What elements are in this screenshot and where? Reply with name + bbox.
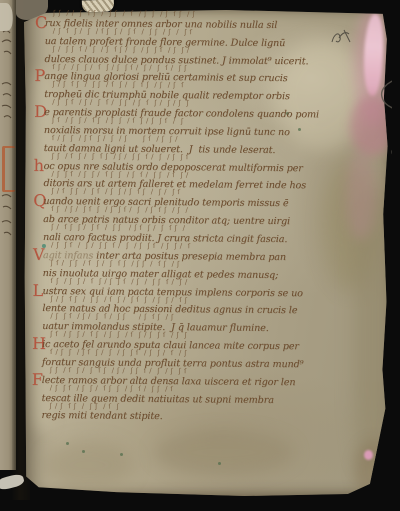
- neume-notation: / ʃ ʃ ſ / ʃ / ʃ ʃ ſ / ʃ / ʃ ʃ ſ / ʃ ʃ / …: [51, 241, 191, 250]
- mold-speck: [120, 453, 123, 456]
- pink-stain-dot: [364, 450, 373, 460]
- stain-edge-band: [354, 190, 394, 470]
- mold-speck: [66, 442, 69, 445]
- rubricated-initial: h: [34, 158, 44, 174]
- stain-dark: [154, 430, 294, 475]
- mold-speck: [218, 462, 221, 465]
- neume-notation: ʃ / ſ ʃ ʃ / ʃ ſ / ʃ ʃ / ʃ ſ ʃ / ʃ / ʃ ſ: [51, 188, 180, 197]
- neume-notation: ʃ ſ / ʃ ʃ / ſ ʃ / ʃ ʃ / ſ ʃ / ʃ ʃ ſ / ʃ …: [50, 330, 187, 339]
- hymn-line: ʃ / ʃ ſ ʃ / ʃ ʃ / ſ ʃ regis miti tendant…: [41, 404, 321, 424]
- neume-notation: ʃ ſ / ʃ ʃ / ſ ʃ / ʃ ʃ / ſ ʃ / ʃ ʃ ſ / ʃ: [52, 116, 184, 125]
- neume-notation: ſ ʃ / ʃ / ʃ ſ ʃ / ʃ ʃ ſ / ʃ / ʃ ſ ʃ / ʃ …: [51, 205, 188, 214]
- mold-speck: [82, 450, 85, 453]
- pink-stain-corner: [376, 468, 393, 492]
- neume-notation: ʃ / ʃ ſ ʃ / ʃ ʃ / ſ ʃ: [50, 402, 120, 411]
- neume-notation: ſ / ʃ ʃ / ʃ ſ ʃ / ʃ / ʃ ʃ ſ / ʃ ʃ / ſ / …: [50, 348, 187, 357]
- neume-notation: ſ ʃ / ʃ ʃ / ſ ʃ / ʃ ʃ ſ / ʃ / ʃ ʃ ſ / ʃ …: [51, 277, 188, 286]
- neume-notation: / ʃ ʃ ſ / ʃ ʃ / ſ ʃ ʃ / ʃ ſ / ʃ ʃ / ſ: [50, 384, 174, 393]
- pen-scribble-icon: [330, 26, 352, 48]
- stain-brown-edge: [354, 440, 394, 500]
- neume-notation: ʃ / ſ ʃ ʃ / ʃ ſ / ʃ ʃ / ʃ ſ ʃ / ʃ ſ ʃ /: [51, 223, 185, 232]
- neume-notation: ſ / ʃ ʃ / ʃ ſ ʃ / ʃ / ʃ ʃ ſ / ʃ ʃ /: [52, 134, 178, 143]
- neume-notation: ʃ ſ / ʃ ʃ / ſ ʃ / ʃ ſ ʃ / ʃ ʃ / ſ ʃ / ʃ: [51, 259, 180, 268]
- neume-notation: / ʃ ʃ ſ / ʃ / ʃ ſ / ʃ ʃ / ʃ ſ ʃ / ʃ / ʃ …: [52, 98, 189, 107]
- neume-notation: / ʃ ʃ ſ / ʃ ʃ / ſ ʃ ʃ / ʃ ſ / ʃ ʃ / ſ ʃ …: [52, 170, 189, 179]
- neume-notation: ʃ ʃ / / ʃ ſ ʃ / ʃ ʃ / ſ / ʃ ʃ / ʃ ſ ʃ / …: [53, 9, 195, 18]
- neume-notation: ʃ / ʃ ſ ʃ / ʃ ʃ / ſ ʃ / ʃ ſ ʃ / ʃ ʃ / ſ …: [50, 295, 187, 304]
- neume-notation: / ʃ ſ ʃ / ʃ / ſ ʃ ʃ / ʃ ſ / ʃ ʃ / ʃ / ʃ …: [53, 27, 193, 36]
- neume-notation: ʃ ʃ / ſ ʃ / ʃ ſ ʃ / ʃ / ʃ ʃ ſ / ʃ / ʃ ʃ …: [52, 152, 189, 161]
- stain-dark: [44, 440, 134, 490]
- neume-notation: ʃ / ʃ ʃ ſ / ʃ / ʃ ſ ʃ / ʃ / ʃ ʃ ſ / ʃ ʃ …: [53, 45, 190, 54]
- neume-notation: ʃ / ʃ ſ ʃ / ʃ ʃ / ſ ʃ / ʃ ſ ʃ / ʃ / ʃ ſ: [52, 80, 184, 89]
- neume-notation: / ʃ ʃ ſ / ʃ / ʃ ſ / ʃ ʃ / ʃ ſ ʃ / ʃ: [50, 312, 173, 321]
- background-edge: [392, 0, 400, 511]
- stain-dark: [324, 160, 379, 290]
- green-pigment-dot: [42, 244, 46, 248]
- hymn-lines: C ʃ ʃ / / ʃ ſ ʃ / ʃ ʃ / ſ / ʃ ʃ / ʃ ſ ʃ …: [41, 11, 325, 424]
- manuscript-photo: C ʃ ʃ / / ʃ ſ ʃ / ʃ ʃ / ſ / ʃ ʃ / ʃ ſ ʃ …: [0, 0, 400, 511]
- neume-notation: ſ ʃ / / ʃ ʃ / ſ ʃ / ʃ ʃ ſ / ʃ / ʃ ſ / ʃ …: [52, 63, 186, 72]
- neume-notation: ʃ ʃ / ſ ʃ / ʃ ſ ʃ / ʃ / ʃ ʃ ſ / ʃ / ʃ ʃ …: [50, 366, 187, 375]
- hymn-line-text: regis miti tendant stipite.: [41, 410, 162, 422]
